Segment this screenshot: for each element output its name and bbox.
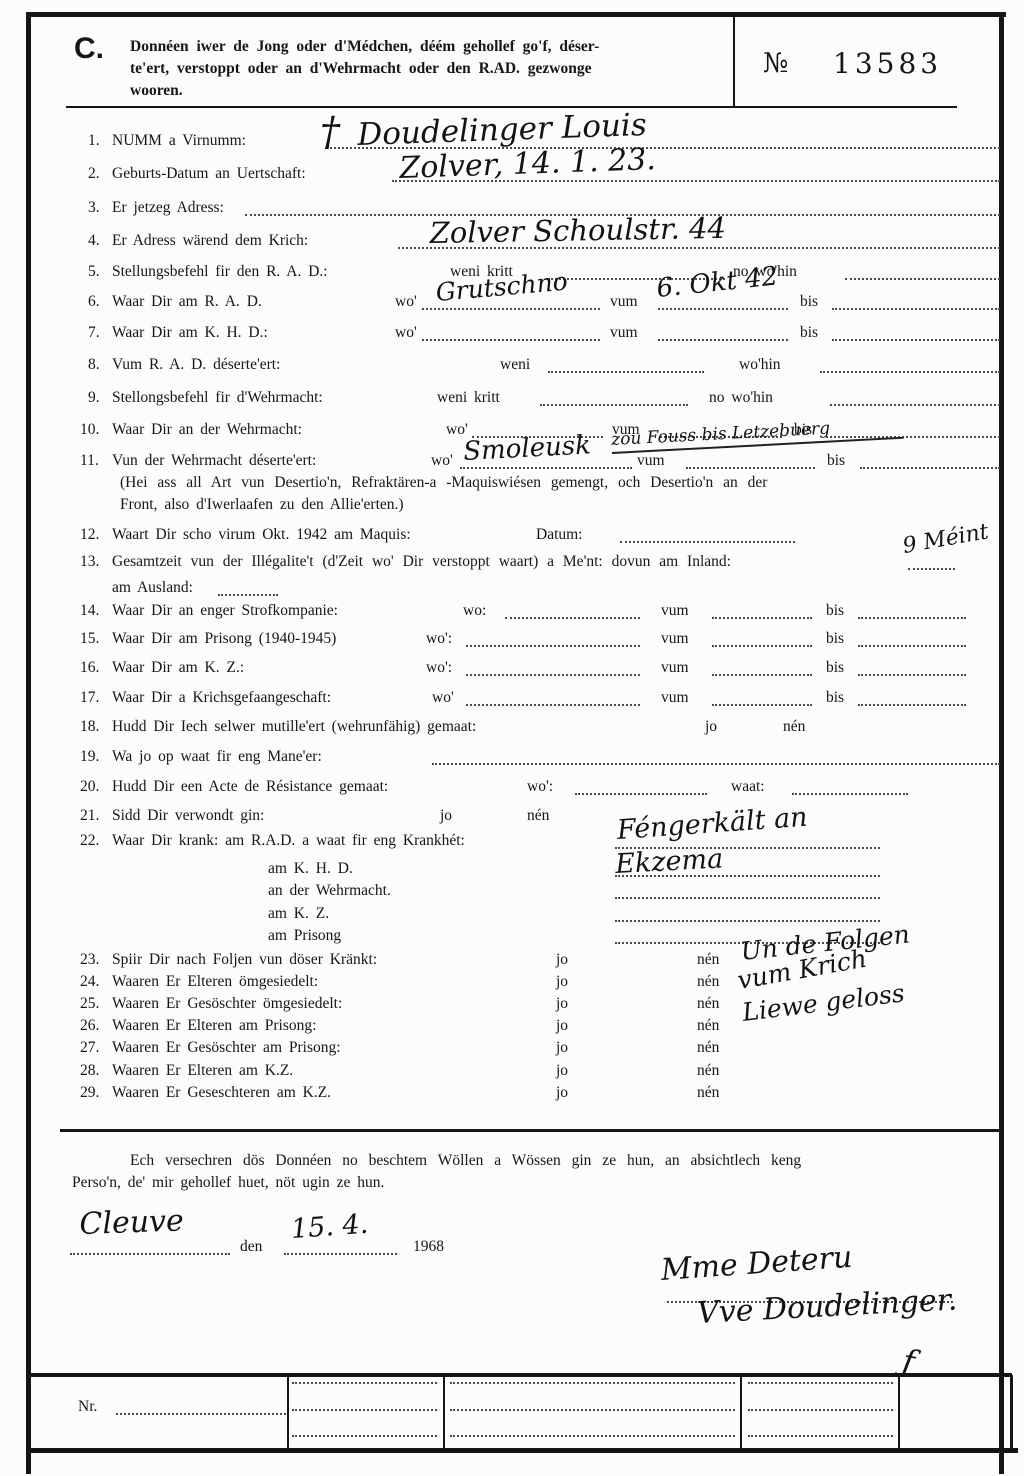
dotted-fill-line bbox=[575, 793, 707, 795]
dotted-fill-line bbox=[292, 1435, 437, 1437]
printed-text: wo': bbox=[527, 776, 553, 798]
printed-text: nén bbox=[697, 1082, 719, 1104]
form-line bbox=[0, 1392, 1024, 1414]
form-line: an der Wehrmacht. bbox=[0, 880, 1024, 902]
printed-text: nén bbox=[697, 1037, 719, 1059]
form-line: 19.Wa jo op waat fir eng Mane'er: bbox=[0, 746, 1024, 768]
printed-text: weni kritt bbox=[437, 387, 500, 409]
form-line: 17.Waar Dir a Krichsgefaangeschaft:wo'vu… bbox=[0, 687, 1024, 709]
header-divider-vertical bbox=[733, 16, 735, 108]
printed-text: Waaren Er Elteren am K.Z. bbox=[112, 1060, 293, 1082]
printed-text: jo bbox=[556, 949, 568, 971]
printed-text: Waar Dir am Prisong (1940-1945) bbox=[112, 628, 336, 650]
form-line: 18.Hudd Dir Iech selwer mutille'ert (weh… bbox=[0, 716, 1024, 738]
dotted-fill-line bbox=[658, 339, 788, 341]
dotted-fill-line bbox=[450, 1409, 735, 1411]
dotted-fill-line bbox=[450, 1382, 735, 1384]
scanned-form-page: C. Donnéen iwer de Jong oder d'Médchen, … bbox=[0, 0, 1024, 1476]
dotted-fill-line bbox=[615, 920, 880, 922]
handwriting-entry: Smoleusk bbox=[463, 432, 592, 465]
printed-text: nén bbox=[697, 949, 719, 971]
printed-text: Waaren Er Elteren am Prisong: bbox=[112, 1015, 316, 1037]
printed-text: waat: bbox=[731, 776, 765, 798]
dotted-fill-line bbox=[422, 339, 600, 341]
printed-text: vum bbox=[661, 600, 689, 622]
printed-text: jo bbox=[556, 971, 568, 993]
printed-text: NUMM a Virnumm: bbox=[112, 130, 246, 152]
printed-text: wo' bbox=[395, 291, 417, 313]
form-line: 14.Waar Dir an enger Strofkompanie:wo:vu… bbox=[0, 600, 1024, 622]
printed-text: nén bbox=[697, 1060, 719, 1082]
printed-text: bis bbox=[800, 291, 818, 313]
printed-text: Front, also d'Iwerlaafen zu den Allie'er… bbox=[120, 494, 404, 516]
printed-text: jo bbox=[556, 1060, 568, 1082]
printed-text: jo bbox=[705, 716, 717, 738]
handwriting-entry: Zolver, 14. 1. 23. bbox=[399, 145, 656, 184]
printed-text: am Ausland: bbox=[112, 577, 193, 599]
printed-text: Waaren Er Gesöschter am Prisong: bbox=[112, 1037, 341, 1059]
printed-text: vum bbox=[661, 628, 689, 650]
form-line: 15.Waar Dir am Prisong (1940-1945)wo':vu… bbox=[0, 628, 1024, 650]
printed-text: 1. bbox=[88, 130, 100, 152]
dotted-fill-line bbox=[292, 1409, 437, 1411]
header-underline bbox=[66, 106, 957, 108]
printed-text: am K. H. D. bbox=[268, 858, 353, 880]
dotted-fill-line bbox=[540, 404, 688, 406]
form-line: 21.Sidd Dir verwondt gin:jonén bbox=[0, 805, 1024, 827]
printed-text: vum bbox=[661, 657, 689, 679]
dotted-fill-line bbox=[748, 1435, 893, 1437]
printed-text: 22. bbox=[80, 830, 99, 852]
handwriting-entry: † bbox=[320, 112, 340, 152]
printed-text: 15. bbox=[80, 628, 99, 650]
printed-text: bis bbox=[826, 687, 844, 709]
printed-text: an der Wehrmacht. bbox=[268, 880, 391, 902]
dotted-fill-line bbox=[845, 278, 1000, 280]
printed-text: jo bbox=[556, 1037, 568, 1059]
form-line: 27.Waaren Er Gesöschter am Prisong:jonén bbox=[0, 1037, 1024, 1059]
printed-text: 7. bbox=[88, 322, 100, 344]
printed-text: 3. bbox=[88, 197, 100, 219]
printed-text: 21. bbox=[80, 805, 99, 827]
form-line: am Ausland: bbox=[0, 577, 1024, 599]
printed-text: 23. bbox=[80, 949, 99, 971]
printed-text: Datum: bbox=[536, 524, 583, 546]
form-line: 20.Hudd Dir een Acte de Résistance gemaa… bbox=[0, 776, 1024, 798]
printed-text: bis bbox=[826, 600, 844, 622]
printed-text: 25. bbox=[80, 993, 99, 1015]
printed-text: Stellungsbefehl fir den R. A. D.: bbox=[112, 261, 328, 283]
printed-text: Vun der Wehrmacht déserte'ert: bbox=[112, 450, 316, 472]
form-line: (Hei ass all Art vun Desertio'n, Refrakt… bbox=[0, 472, 1024, 494]
printed-text: 26. bbox=[80, 1015, 99, 1037]
dotted-fill-line bbox=[422, 308, 600, 310]
dotted-fill-line bbox=[548, 371, 704, 373]
form-line: 7.Waar Dir am K. H. D.:wo'vumbis bbox=[0, 322, 1024, 344]
printed-text: den bbox=[240, 1236, 262, 1258]
form-line bbox=[0, 1365, 1024, 1387]
page-border-top bbox=[28, 12, 1006, 17]
printed-text: Waar Dir an enger Strofkompanie: bbox=[112, 600, 338, 622]
printed-text: am K. Z. bbox=[268, 903, 329, 925]
dotted-fill-line bbox=[830, 404, 1000, 406]
printed-text: nén bbox=[697, 993, 719, 1015]
dotted-fill-line bbox=[820, 371, 1000, 373]
printed-text: 10. bbox=[80, 419, 99, 441]
dotted-fill-line bbox=[858, 617, 966, 619]
dotted-fill-line bbox=[432, 763, 1000, 765]
form-line: am K. H. D. bbox=[0, 858, 1024, 880]
handwriting-entry: Zolver Schoulstr. 44 bbox=[429, 214, 726, 248]
printed-text: wo': bbox=[426, 657, 452, 679]
printed-text: Hudd Dir een Acte de Résistance gemaat: bbox=[112, 776, 388, 798]
printed-text: vum bbox=[661, 687, 689, 709]
declaration-separator bbox=[60, 1129, 1000, 1132]
printed-text: jo bbox=[556, 1082, 568, 1104]
dotted-fill-line bbox=[858, 674, 966, 676]
printed-text: 20. bbox=[80, 776, 99, 798]
form-line: 26.Waaren Er Elteren am Prisong:jonén bbox=[0, 1015, 1024, 1037]
form-title-line-2: te'ert, verstoppt oder an d'Wehrmacht od… bbox=[130, 60, 592, 77]
form-line: 22.Waar Dir krank: am R.A.D. a waat fir … bbox=[0, 830, 1024, 852]
dotted-fill-line bbox=[466, 645, 640, 647]
numero-sign: № bbox=[763, 48, 789, 79]
dotted-fill-line bbox=[858, 645, 966, 647]
form-line: Ech versechren dös Donnéen no beschtem W… bbox=[0, 1150, 1024, 1172]
dotted-fill-line bbox=[70, 1253, 230, 1255]
printed-text: jo bbox=[556, 993, 568, 1015]
printed-text: 19. bbox=[80, 746, 99, 768]
printed-text: 28. bbox=[80, 1060, 99, 1082]
printed-text: jo bbox=[440, 805, 452, 827]
table-border-bottom bbox=[28, 1448, 1018, 1453]
printed-text: wo: bbox=[463, 600, 486, 622]
printed-text: 4. bbox=[88, 230, 100, 252]
printed-text: wo' bbox=[395, 322, 417, 344]
printed-text: Gesamtzeit vun der Illégalite't (d'Zeit … bbox=[112, 551, 731, 573]
printed-text: 24. bbox=[80, 971, 99, 993]
printed-text: nén bbox=[697, 1015, 719, 1037]
printed-text: 1968 bbox=[413, 1236, 444, 1258]
printed-text: 17. bbox=[80, 687, 99, 709]
printed-text: 18. bbox=[80, 716, 99, 738]
printed-text: 16. bbox=[80, 657, 99, 679]
printed-text: nén bbox=[527, 805, 549, 827]
printed-text: bis bbox=[800, 322, 818, 344]
printed-text: Waar Dir a Krichsgefaangeschaft: bbox=[112, 687, 331, 709]
printed-text: bis bbox=[826, 657, 844, 679]
dotted-fill-line bbox=[908, 568, 955, 570]
form-line: am K. Z. bbox=[0, 903, 1024, 925]
dotted-fill-line bbox=[466, 674, 640, 676]
dotted-fill-line bbox=[832, 339, 1000, 341]
printed-text: nén bbox=[697, 971, 719, 993]
dotted-fill-line bbox=[658, 308, 788, 310]
printed-text: 2. bbox=[88, 163, 100, 185]
dotted-fill-line bbox=[450, 1435, 735, 1437]
printed-text: 8. bbox=[88, 354, 100, 376]
printed-text: Ech versechren dös Donnéen no beschtem W… bbox=[130, 1150, 801, 1172]
printed-text: Hudd Dir Iech selwer mutille'ert (wehrun… bbox=[112, 716, 476, 738]
printed-text: Waaren Er Geseschteren am K.Z. bbox=[112, 1082, 331, 1104]
printed-text: 29. bbox=[80, 1082, 99, 1104]
dotted-fill-line bbox=[284, 1253, 397, 1255]
dotted-fill-line bbox=[858, 704, 966, 706]
dotted-fill-line bbox=[620, 541, 795, 543]
dotted-fill-line bbox=[292, 1382, 437, 1384]
form-line: 16.Waar Dir am K. Z.:wo':vumbis bbox=[0, 657, 1024, 679]
dotted-fill-line bbox=[860, 467, 1000, 469]
printed-text: Vum R. A. D. déserte'ert: bbox=[112, 354, 280, 376]
printed-text: 11. bbox=[80, 450, 99, 472]
printed-text: Perso'n, de' mir gehollef huet, nöt ugin… bbox=[72, 1172, 384, 1194]
printed-text: wo' bbox=[431, 450, 453, 472]
printed-text: vum bbox=[610, 322, 638, 344]
handwriting-entry: Ekzema bbox=[615, 845, 724, 878]
handwriting-entry: 15. 4. bbox=[290, 1211, 369, 1243]
form-line: Perso'n, de' mir gehollef huet, nöt ugin… bbox=[0, 1172, 1024, 1194]
printed-text: weni bbox=[500, 354, 530, 376]
printed-text: Spiir Dir nach Foljen vun döser Kränkt: bbox=[112, 949, 377, 971]
printed-text: wo'hin bbox=[739, 354, 781, 376]
printed-text: 14. bbox=[80, 600, 99, 622]
form-number: 13583 bbox=[833, 47, 942, 80]
form-line: 9.Stellongsbefehl fir d'Wehrmacht:weni k… bbox=[0, 387, 1024, 409]
printed-text: no wo'hin bbox=[709, 387, 773, 409]
dotted-fill-line bbox=[466, 704, 640, 706]
dotted-fill-line bbox=[218, 594, 278, 596]
form-title: Donnéen iwer de Jong oder d'Médchen, déé… bbox=[130, 36, 730, 102]
printed-text: Waar Dir am K. H. D.: bbox=[112, 322, 268, 344]
form-line: 29.Waaren Er Geseschteren am K.Z.jonén bbox=[0, 1082, 1024, 1104]
dotted-fill-line bbox=[832, 308, 1000, 310]
dotted-fill-line bbox=[460, 467, 632, 469]
form-line: 28.Waaren Er Elteren am K.Z.jonén bbox=[0, 1060, 1024, 1082]
printed-text: Waar Dir am R. A. D. bbox=[112, 291, 262, 313]
dotted-fill-line bbox=[615, 897, 880, 899]
printed-text: vum bbox=[637, 450, 665, 472]
printed-text: Sidd Dir verwondt gin: bbox=[112, 805, 264, 827]
dotted-fill-line bbox=[505, 617, 640, 619]
dotted-fill-line bbox=[748, 1409, 893, 1411]
form-line bbox=[0, 1418, 1024, 1440]
dotted-fill-line bbox=[686, 467, 815, 469]
printed-text: 5. bbox=[88, 261, 100, 283]
printed-text: 12. bbox=[80, 524, 99, 546]
printed-text: am Prisong bbox=[268, 925, 341, 947]
printed-text: 9. bbox=[88, 387, 100, 409]
form-line: 13.Gesamtzeit vun der Illégalite't (d'Ze… bbox=[0, 551, 1024, 573]
handwriting-entry: Cleuve bbox=[79, 1206, 184, 1240]
printed-text: 6. bbox=[88, 291, 100, 313]
dotted-fill-line bbox=[748, 1382, 893, 1384]
printed-text: 27. bbox=[80, 1037, 99, 1059]
printed-text: Waart Dir scho virum Okt. 1942 am Maquis… bbox=[112, 524, 411, 546]
printed-text: Er Adress wärend dem Krich: bbox=[112, 230, 308, 252]
printed-text: wo': bbox=[426, 628, 452, 650]
printed-text: (Hei ass all Art vun Desertio'n, Refrakt… bbox=[120, 472, 767, 494]
printed-text: bis bbox=[827, 450, 845, 472]
form-line: 8.Vum R. A. D. déserte'ert:weniwo'hin bbox=[0, 354, 1024, 376]
printed-text: vum bbox=[610, 291, 638, 313]
printed-text: Waar Dir krank: am R.A.D. a waat fir eng… bbox=[112, 830, 465, 852]
printed-text: jo bbox=[556, 1015, 568, 1037]
dotted-fill-line bbox=[712, 645, 812, 647]
form-title-line-3: wooren. bbox=[130, 82, 183, 99]
printed-text: Er jetzeg Adress: bbox=[112, 197, 224, 219]
form-title-line-1: Donnéen iwer de Jong oder d'Médchen, déé… bbox=[130, 38, 599, 55]
printed-text: bis bbox=[826, 628, 844, 650]
dotted-fill-line bbox=[712, 704, 812, 706]
printed-text: nén bbox=[783, 716, 805, 738]
form-line: 12.Waart Dir scho virum Okt. 1942 am Maq… bbox=[0, 524, 1024, 546]
printed-text: wo' bbox=[432, 687, 454, 709]
dotted-fill-line bbox=[712, 674, 812, 676]
printed-text: Waar Dir am K. Z.: bbox=[112, 657, 244, 679]
dotted-fill-line bbox=[712, 617, 812, 619]
section-letter: C. bbox=[74, 32, 104, 66]
printed-text: Waaren Er Elteren ömgesiedelt: bbox=[112, 971, 318, 993]
form-line: Front, also d'Iwerlaafen zu den Allie'er… bbox=[0, 494, 1024, 516]
printed-text: Stellongsbefehl fir d'Wehrmacht: bbox=[112, 387, 323, 409]
printed-text: 13. bbox=[80, 551, 99, 573]
printed-text: Geburts-Datum an Uertschaft: bbox=[112, 163, 306, 185]
printed-text: Waar Dir an der Wehrmacht: bbox=[112, 419, 302, 441]
printed-text: Waaren Er Gesöschter ömgesiedelt: bbox=[112, 993, 342, 1015]
dotted-fill-line bbox=[792, 793, 908, 795]
printed-text: Wa jo op waat fir eng Mane'er: bbox=[112, 746, 322, 768]
